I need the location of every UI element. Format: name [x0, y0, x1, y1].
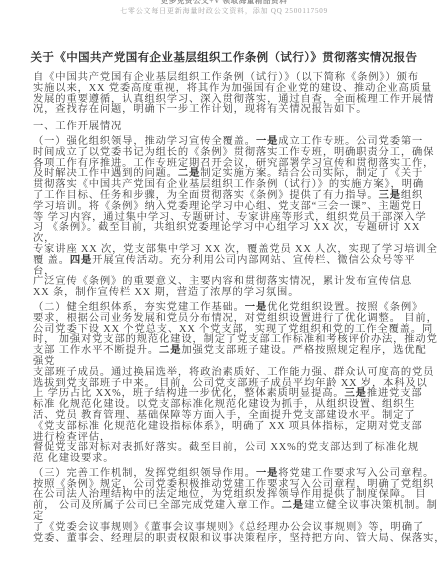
text-run: 习 《条例》。截至目前，共组织党委理论学习中心组学习 XX 次，专题研讨 XX	[33, 222, 420, 233]
text-run: 制定实施方案。结合公司实际，制定了《关于	[200, 168, 423, 179]
text-run: 学习培训。将《条例》纳入党委理论学习中心组、党支部“三会一课”、主题党日	[33, 201, 423, 212]
text-run: 《党支部标准 化规范化建设指标体系》，明确了 XX 项具体指标，定期对党支部	[33, 421, 423, 432]
text-run: 定	[33, 511, 44, 522]
text-run: 选拔到党支部班子中来。 目前，公司党支部班子成员平均年龄 XX 岁，本科及以	[33, 378, 428, 389]
text-run: 时， 加强对党支部的规范化建设，制定了党支部工作标准和考核评价办法，推动党	[33, 334, 438, 345]
text-run: 要求，根据公司业务发展和党员分布情况，对党组织设置进行了优化调整。 目前，	[33, 313, 438, 324]
text-run: 台，	[33, 266, 55, 277]
text-run: 专家讲座 XX 次，党支部集中学习 XX 次，覆盖党员 XX 人次，实现了学习培…	[33, 244, 438, 255]
paragraph: （一）强化组织领导，推动学习宣传全覆盖。一是成立工作专班。公司党委第一时间成立了…	[33, 137, 418, 299]
text-run: 贯彻落实《中国共产党国有企业基层组织工作条例（试行）》的实施方案》，明确	[33, 179, 424, 190]
text-run: 加强党支部班子建设。严格按照规定程序，选优配	[181, 345, 426, 356]
emphasis-run: 四是	[70, 255, 92, 266]
watermark-header: 更多免费公文+V 领取海量精品资料 七零公文每日更新海量时政公文资料，添加 QQ…	[0, 0, 448, 17]
emphasis-run: 一是	[256, 136, 278, 147]
text-run: 自《中国共产党国有企业基层组织工作条例（试行）》（以下简称《条例》）颁布	[33, 72, 419, 83]
text-run: 了工作目标、任务和步骤，为全面贯彻落实《条例》提供了有力指导。	[33, 190, 379, 201]
section-heading: 一、工作开展情况	[33, 122, 418, 133]
text-run: 优化党组织设置。按照《条例》	[267, 302, 423, 313]
text-run: 上 学历占比 XX%，班子结构进一步优化，整体素质明显提高。	[33, 388, 345, 399]
text-run: 进行检查评估，	[33, 432, 111, 443]
text-run: 将党建工作要求写入公司章程。	[278, 468, 434, 479]
emphasis-run: 三是	[345, 388, 367, 399]
emphasis-run: 二是	[159, 345, 181, 356]
text-run: 在公司法人治理结构中的法定地位，为党组织发挥领导作用提供了制度保障。 目	[33, 489, 427, 500]
text-line: XX 条，制作宣传栏 XX 期，营造了浓厚的学习氛围。	[33, 288, 418, 299]
text-run: 时间成立了以党委书记为组长的《条例》贯彻落实工作专班，明确职责分工，确保	[33, 147, 434, 158]
text-run: 党委、董事会、经理层的职责权限和议事决策程序，坚持把方向、管大局、保落实，	[33, 533, 445, 544]
text-run: 支部 工作水平不断提升。	[33, 345, 159, 356]
text-run: 次，	[33, 233, 55, 244]
text-line: 习 《条例》。截至目前，共组织党委理论学习中心组学习 XX 次，专题研讨 XX	[33, 223, 418, 234]
text-line: 况，查找存在问题，明确下一步工作计划，现将有关情况报告如下。	[33, 105, 418, 116]
paragraph: （二）健全组织体系，夯实党建工作基础。一是优化党组织设置。按照《条例》要求，根据…	[33, 303, 418, 465]
text-run: 督促党支部对标对表抓好落实。截至目前，公司 XX%的党支部达到了标准化规	[33, 442, 419, 453]
text-run: 实施以来，XX 党委高度重视，将其作为加强国有企业党的建设、推动企业高质量	[33, 83, 432, 94]
document-body: 自《中国共产党国有企业基层组织工作条例（试行）》（以下简称《条例》）颁布实施以来…	[33, 73, 418, 544]
text-run: 各项工作有序推进。工作专班定期召开会议，研究部署学习宣传和贯彻落实工作，	[33, 158, 434, 169]
text-run: 前， 公司及所属子公司已全部完成党建入章工作。	[33, 500, 282, 511]
text-run: 范 化建设要求。	[33, 453, 114, 464]
text-run: 成立工作专班。公司党委第一	[278, 136, 423, 147]
text-run: 组织	[401, 190, 423, 201]
text-run: 强党	[33, 356, 55, 367]
text-line: 前， 公司及所属子公司已全部完成党建入章工作。二是建立健全议事决策机制。制	[33, 501, 418, 512]
text-run: 覆 盖。	[33, 255, 70, 266]
text-line: 一、工作开展情况	[33, 122, 418, 133]
text-run: 况，查找存在问题，明确下一步工作计划，现将有关情况报告如下。	[33, 104, 367, 115]
text-run: 一、工作开展情况	[33, 121, 122, 132]
document-page: 更多免费公文+V 领取海量精品资料 七零公文每日更新海量时政公文资料，添加 QQ…	[0, 0, 448, 576]
emphasis-run: 三是	[379, 190, 401, 201]
emphasis-run: 二是	[178, 168, 200, 179]
text-run: 建立健全议事决策机制。制	[304, 500, 438, 511]
text-run: 广泛宣传《条例》的重要意义、主要内容和贯彻落实情况，累计发布宣传信息	[33, 276, 412, 287]
document-title: 关于《中国共产党国有企业基层组织工作条例（试行）》贯彻落实情况报告	[0, 51, 448, 65]
text-run: （一）强化组织领导，推动学习宣传全覆盖。	[33, 136, 256, 147]
text-run: 了《党委会议事规则》《董事会议事规则》《总经理办公会议事规则》等，明确了	[33, 522, 424, 533]
text-run: 发展的重要遵循，认真组织学习、深入贯彻落实，通过自查，全面梳理工作开展情	[33, 94, 434, 105]
text-run: （三）完善工作机制，发挥党组织领导作用。	[33, 468, 256, 479]
text-line: 范 化建设要求。	[33, 454, 418, 465]
text-run: XX 条，制作宣传栏 XX 期，营造了浓厚的学习氛围。	[33, 287, 299, 298]
paragraph: （三）完善工作机制，发挥党组织领导作用。一是将党建工作要求写入公司章程。按照《条…	[33, 469, 418, 545]
text-line: 支部 工作水平不断提升。二是加强党支部班子建设。严格按照规定程序，选优配	[33, 346, 418, 357]
text-run: 支部班子成员。通过换届选举，将政治素质好、工作能力强、群众认可度高的党员	[33, 367, 434, 378]
text-run: 活、党员 教育管理、基础保障等方面入手，全面提升党支部建设水平。制定了	[33, 410, 415, 421]
text-line: 覆 盖。四是开展宣传活动。充分利用公司内部网站、宣传栏、微信公众号等平	[33, 256, 418, 267]
text-run: 等 学习内容，通过集中学习、专题研讨、专家讲座等形式，组织党员干部深入学	[33, 212, 427, 223]
text-run: 公司党委下设 XX 个党总支、XX 个党支部，实现了党组织和党的工作全覆盖。同	[33, 324, 433, 335]
paragraph: 自《中国共产党国有企业基层组织工作条例（试行）》（以下简称《条例》）颁布实施以来…	[33, 73, 418, 116]
text-run: 推进党支部	[367, 388, 423, 399]
emphasis-run: 一是	[256, 468, 278, 479]
text-run: （二）健全组织体系，夯实党建工作基础。	[33, 302, 245, 313]
text-run: 标准 化规范化建设。以党支部标准化规范化建设为抓手，从组织设置、组织生	[33, 399, 415, 410]
watermark-line-2: 七零公文每日更新海量时政公文资料，添加 QQ 2500117509	[0, 6, 448, 17]
text-run: 开展宣传活动。充分利用公司内部网站、宣传栏、微信公众号等平	[92, 255, 415, 266]
text-line: 党委、董事会、经理层的职责权限和议事决策程序，坚持把方向、管大局、保落实，	[33, 534, 418, 545]
text-run: 及时解决工作中遇到的问题。	[33, 168, 178, 179]
emphasis-run: 二是	[282, 500, 304, 511]
emphasis-run: 一是	[245, 302, 267, 313]
